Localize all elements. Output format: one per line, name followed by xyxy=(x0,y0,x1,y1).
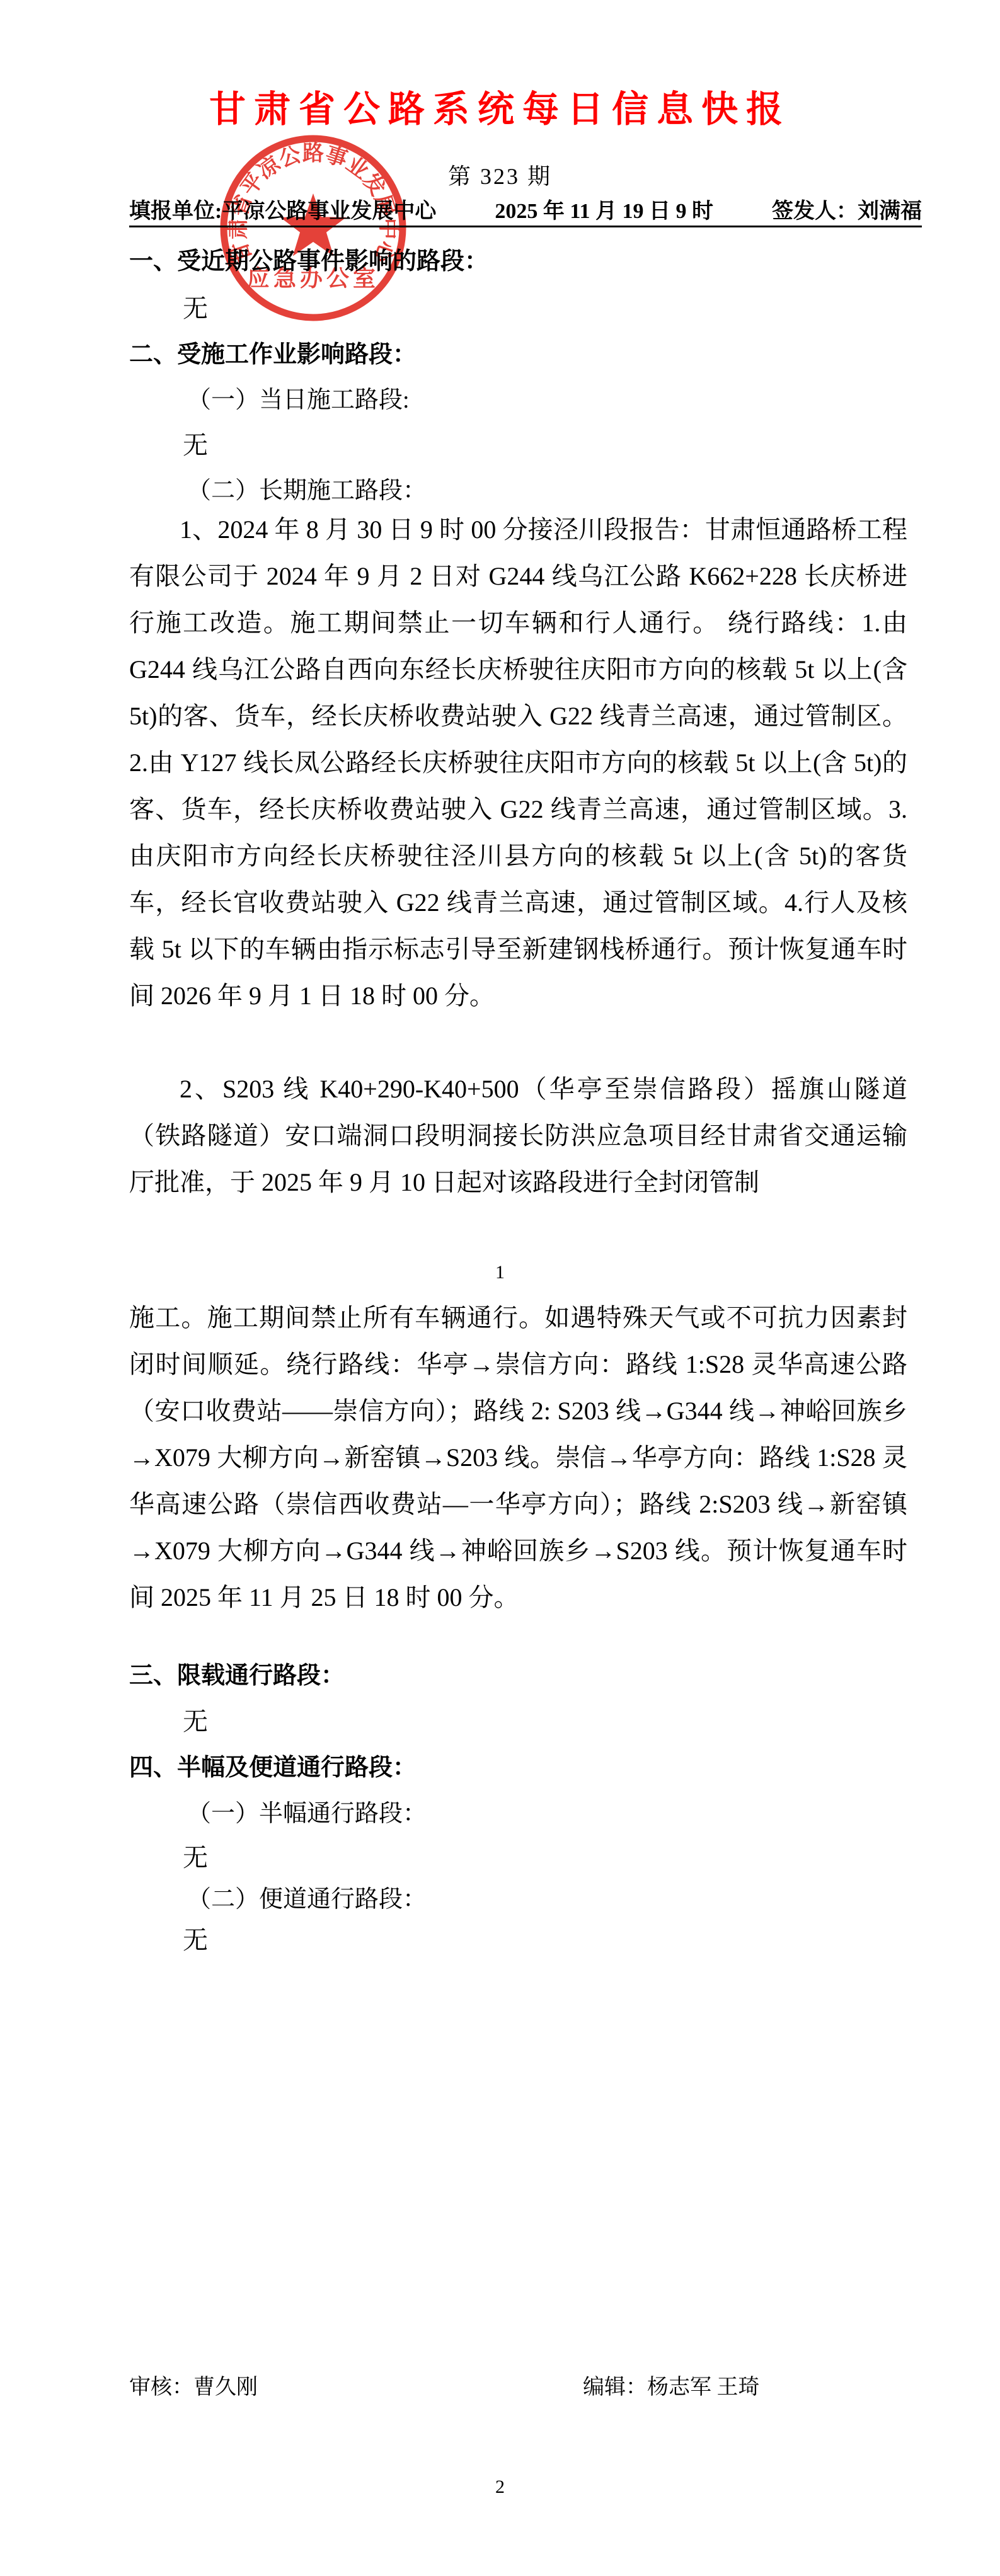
bulletin-document: 甘肃省公路系统每日信息快报 第 323 期 填报单位:平凉公路事业发展中心 20… xyxy=(0,0,1000,2576)
section-4-2-heading: （二）便道通行路段： xyxy=(129,1884,965,1915)
editor-names: 编辑：杨志军 王琦 xyxy=(583,2373,760,2403)
construction-item-2-paragraph-part1: 2、S203 线 K40+290-K40+500（华亭至崇信路段）摇旗山隧道（铁… xyxy=(129,1066,907,1206)
section-4-heading: 四、半幅及便道通行路段： xyxy=(129,1753,907,1783)
section-2-heading: 二、受施工作业影响路段： xyxy=(129,340,907,370)
issue-number: 第 323 期 xyxy=(0,159,1000,191)
page-title: 甘肃省公路系统每日信息快报 xyxy=(0,79,1000,132)
section-4-1-none: 无 xyxy=(129,1843,961,1873)
report-meta-row: 填报单位:平凉公路事业发展中心 2025 年 11 月 19 日 9 时 签发人… xyxy=(129,198,922,227)
issuer: 签发人：刘满福 xyxy=(772,198,922,226)
page-number-2: 2 xyxy=(0,2475,1000,2500)
section-1-heading: 一、受近期公路事件影响的路段： xyxy=(129,246,907,277)
section-2-2-heading: （二）长期施工路段： xyxy=(129,476,965,506)
construction-item-1-paragraph: 1、2024 年 8 月 30 日 9 时 00 分接泾川段报告：甘肃恒通路桥工… xyxy=(129,507,907,1019)
reviewer-name: 审核：曹久刚 xyxy=(129,2373,258,2403)
page-number-1: 1 xyxy=(0,1260,1000,1285)
report-datetime: 2025 年 11 月 19 日 9 时 xyxy=(495,198,713,226)
construction-item-2-paragraph-part2: 施工。施工期间禁止所有车辆通行。如遇特殊天气或不可抗力因素封闭时间顺延。绕行路线… xyxy=(129,1295,907,1621)
section-1-none: 无 xyxy=(129,294,961,324)
section-4-2-none: 无 xyxy=(129,1925,961,1955)
section-3-none: 无 xyxy=(129,1707,961,1737)
reporting-unit: 填报单位:平凉公路事业发展中心 xyxy=(129,198,436,226)
section-3-heading: 三、限载通行路段： xyxy=(129,1661,907,1691)
section-4-1-heading: （一）半幅通行路段： xyxy=(129,1799,965,1829)
section-2-1-heading: （一）当日施工路段: xyxy=(129,385,965,415)
section-2-1-none: 无 xyxy=(129,430,961,461)
